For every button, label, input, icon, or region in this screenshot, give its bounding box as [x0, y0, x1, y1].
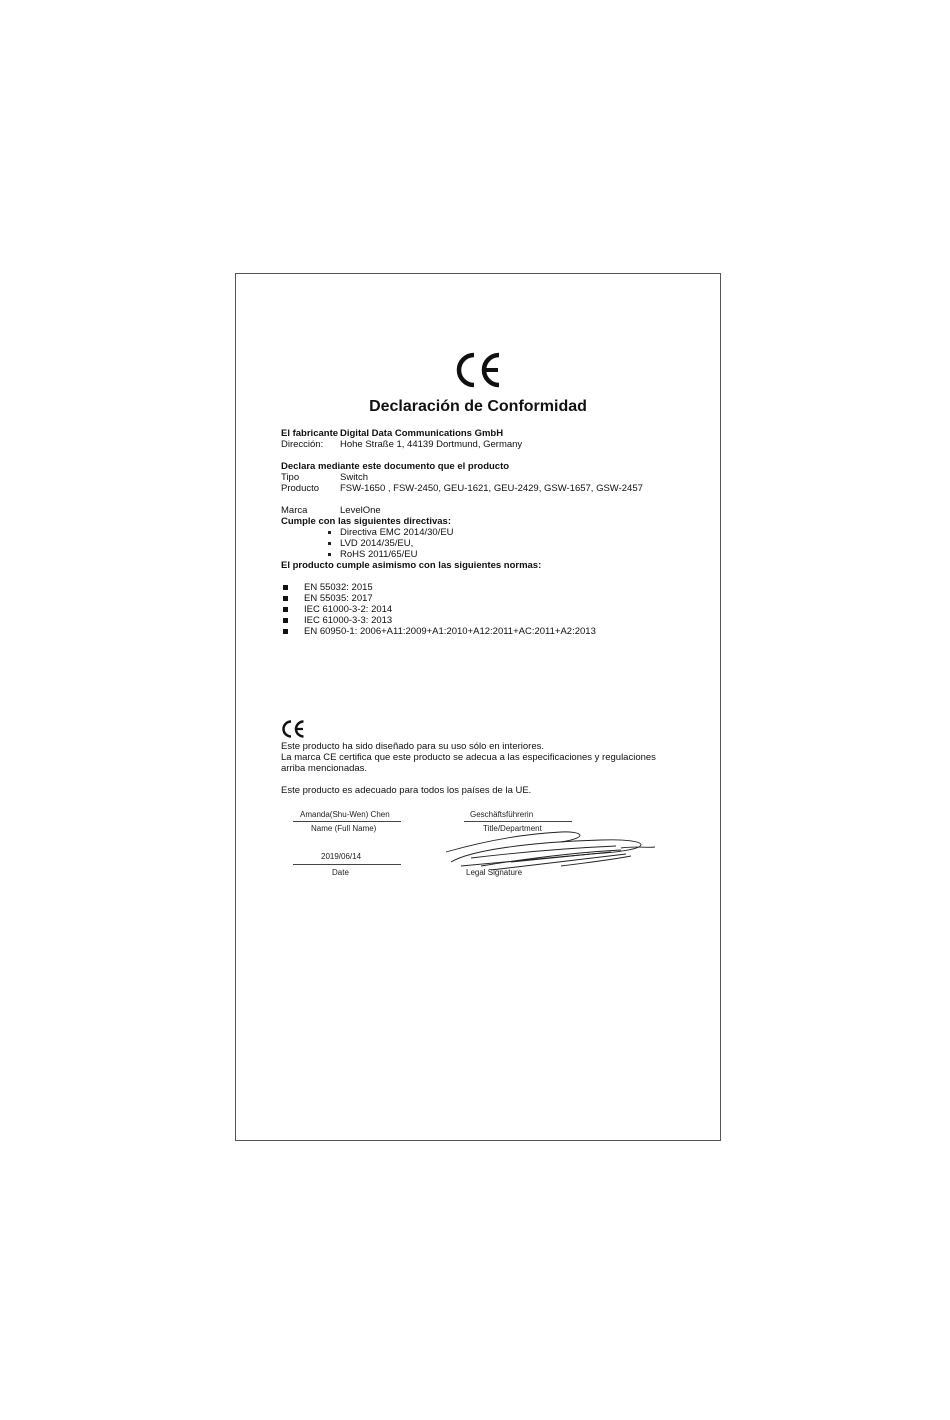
bullet-icon	[328, 542, 331, 545]
name-label: Name (Full Name)	[311, 824, 376, 833]
directive-item: LVD 2014/35/EU,	[328, 538, 413, 549]
signer-name: Amanda(Shu-Wen) Chen	[300, 810, 390, 819]
bullet-icon	[328, 531, 331, 534]
brand-value: LevelOne	[340, 505, 381, 516]
norm-item: EN 60950-1: 2006+A11:2009+A1:2010+A12:20…	[283, 626, 596, 637]
date-value: 2019/06/14	[321, 852, 361, 861]
square-bullet-icon	[283, 618, 288, 623]
square-bullet-icon	[283, 585, 288, 590]
document-page: Declaración de Conformidad El fabricante…	[235, 273, 721, 1141]
note-indoor-use: Este producto ha sido diseñado para su u…	[281, 741, 544, 752]
document-title: Declaración de Conformidad	[236, 398, 720, 416]
date-line	[293, 864, 401, 865]
square-bullet-icon	[283, 629, 288, 634]
norm-item: IEC 61000-3-2: 2014	[283, 604, 392, 615]
declaration-heading: Declara mediante este documento que el p…	[281, 461, 509, 472]
square-bullet-icon	[283, 596, 288, 601]
note-ce-certifies: La marca CE certifica que este producto …	[281, 752, 656, 763]
norm-item: EN 55035: 2017	[283, 593, 373, 604]
directives-heading: Cumple con las siguientes directivas:	[281, 516, 451, 527]
directive-item: RoHS 2011/65/EU	[328, 549, 417, 560]
note-ce-certifies-cont: arriba mencionadas.	[281, 763, 367, 774]
square-bullet-icon	[283, 607, 288, 612]
norm-item: IEC 61000-3-3: 2013	[283, 615, 392, 626]
bullet-icon	[328, 553, 331, 556]
address-value: Hohe Straße 1, 44139 Dortmund, Germany	[340, 439, 522, 450]
ce-mark-icon	[236, 351, 720, 394]
brand-label: Marca	[281, 505, 307, 516]
product-label: Producto	[281, 483, 319, 494]
norms-heading: El producto cumple asimismo con las sigu…	[281, 560, 541, 571]
manufacturer-value: Digital Data Communications GmbH	[340, 428, 503, 439]
ce-logo-icon	[452, 351, 504, 389]
address-label: Dirección:	[281, 439, 323, 450]
signer-title: Geschäftsführerin	[470, 810, 533, 819]
handwritten-signature-icon	[441, 822, 656, 877]
date-label: Date	[332, 868, 349, 877]
directive-item: Directiva EMC 2014/30/EU	[328, 527, 454, 538]
norm-item: EN 55032: 2015	[283, 582, 373, 593]
manufacturer-label: El fabricante	[281, 428, 338, 439]
name-line	[293, 821, 401, 822]
note-eu-countries: Este producto es adecuado para todos los…	[281, 785, 531, 796]
type-label: Tipo	[281, 472, 299, 483]
type-value: Switch	[340, 472, 368, 483]
product-value: FSW-1650 , FSW-2450, GEU-1621, GEU-2429,…	[340, 483, 643, 494]
